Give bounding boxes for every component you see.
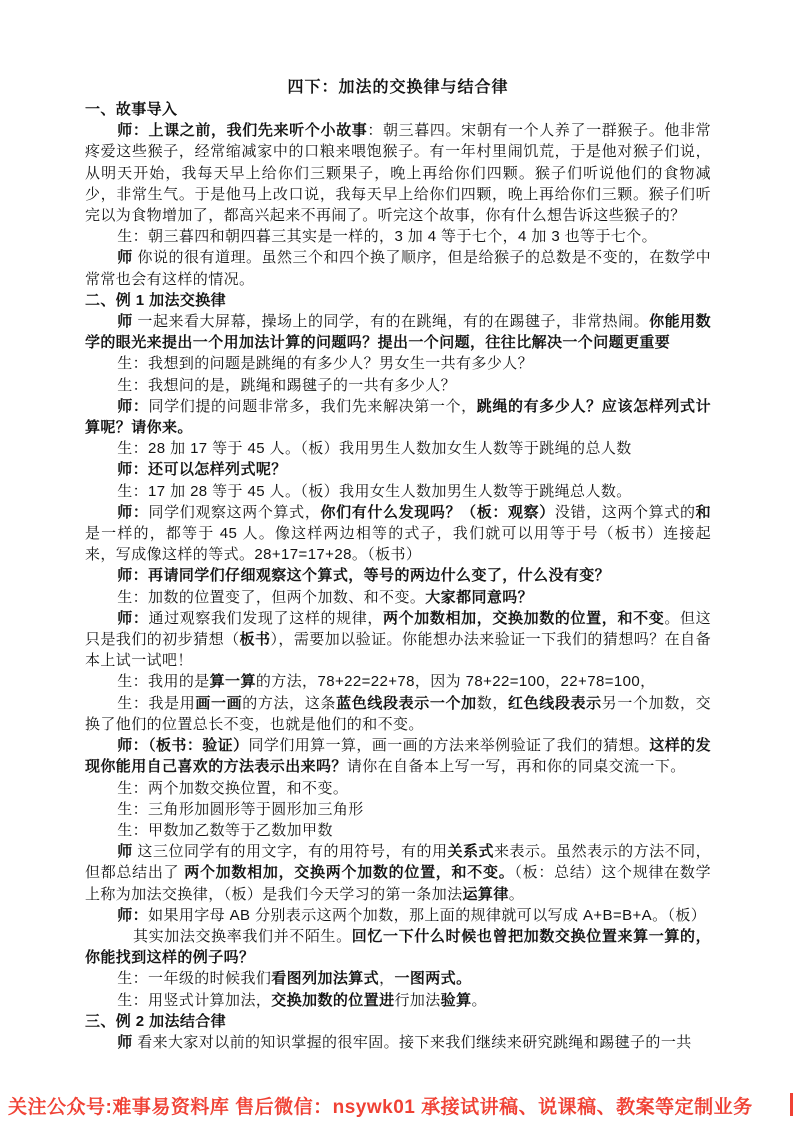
text-run: 生：三角形加圆形等于圆形加三角形 xyxy=(117,801,363,818)
bold-text-run: 师 xyxy=(117,313,133,330)
text-run: 同学们提的问题非常多，我们先来解决第一个， xyxy=(149,398,477,415)
text-run: 生：我用的是 xyxy=(117,673,209,690)
bold-text-run: 师：上课之前，我们先来听个小故事 xyxy=(117,122,367,139)
bold-text-run: 运算律 xyxy=(463,886,509,903)
paragraph: 生：我想到的问题是跳绳的有多少人？男女生一共有多少人？ xyxy=(85,353,711,374)
bold-text-run: 大家都同意吗？ xyxy=(425,589,533,606)
bold-text-run: 关系式 xyxy=(448,843,495,860)
text-run: 是一样的，都等于 45 人。像这样两边相等的式子，我们就可以用等于号（板书）连接… xyxy=(85,525,711,563)
section-heading: 二、例 1 加法交换律 xyxy=(85,290,711,311)
document-page: 四下：加法的交换律与结合律 一、故事导入师：上课之前，我们先来听个小故事：朝三暮… xyxy=(0,0,793,1122)
section-heading: 三、例 2 加法结合律 xyxy=(85,1011,711,1032)
text-run: 行加法 xyxy=(394,992,440,1009)
text-run: 这三位同学有的用文字，有的用符号，有的用 xyxy=(133,843,448,860)
text-run: 生：一年级的时候我们 xyxy=(117,970,271,987)
paragraph: 其实加法交换率我们并不陌生。回忆一下什么时候也曾把加数交换位置来算一算的，你能找… xyxy=(85,926,711,968)
paragraph: 师：同学们提的问题非常多，我们先来解决第一个，跳绳的有多少人？应该怎样列式计算呢… xyxy=(85,396,711,438)
page-title: 四下：加法的交换律与结合律 xyxy=(85,74,711,97)
bold-text-run: 两个加数相加，交换加数的位置，和不变 xyxy=(383,610,664,627)
paragraph: 师：还可以怎样列式呢？ xyxy=(85,459,711,480)
text-run: 一起来看大屏幕，操场上的同学，有的在跳绳，有的在踢毽子，非常热闹。 xyxy=(133,313,649,330)
bold-text-run: 两个加数相加，交换两个加数的位置，和不变。 xyxy=(184,864,514,881)
paragraph: 生：加数的位置变了，但两个加数、和不变。大家都同意吗？ xyxy=(85,587,711,608)
text-run: 没错，这两个算式的 xyxy=(555,504,696,521)
text-run: 生：28 加 17 等于 45 人。（板）我用男生人数加女生人数等于跳绳的总人数 xyxy=(117,440,631,457)
document-body: 一、故事导入师：上课之前，我们先来听个小故事：朝三暮四。宋朝有一个人养了一群猴子… xyxy=(85,99,711,1053)
bold-text-run: 一、故事导入 xyxy=(85,101,177,118)
paragraph: 生：三角形加圆形等于圆形加三角形 xyxy=(85,799,711,820)
paragraph: 生：我用的是算一算的方法，78+22=22+78，因为 78+22=100，22… xyxy=(85,671,711,692)
bold-text-run: 师： xyxy=(117,398,148,415)
text-run: 的方法，这条 xyxy=(242,695,336,712)
text-run: ， xyxy=(379,970,394,987)
bold-text-run: 看图列加法算式 xyxy=(271,970,379,987)
text-run: 请你在自备本上写一写，再和你的同桌交流一下。 xyxy=(347,758,686,775)
text-run: 同学们用算一算，画一画的方法来举例验证了我们的猜想。 xyxy=(249,737,650,754)
paragraph: 生：17 加 28 等于 45 人。（板）我用女生人数加男生人数等于跳绳总人数。 xyxy=(85,481,711,502)
bold-text-run: 画一画 xyxy=(195,695,242,712)
text-run: 生：我是用 xyxy=(117,695,195,712)
paragraph: 生：两个加数交换位置，和不变。 xyxy=(85,778,711,799)
text-run: 同学们观察这两个算式， xyxy=(149,504,321,521)
paragraph: 生：28 加 17 等于 45 人。（板）我用男生人数加女生人数等于跳绳的总人数 xyxy=(85,438,711,459)
bold-text-run: 师： xyxy=(117,907,148,924)
paragraph: 师：（板书：验证）同学们用算一算，画一画的方法来举例验证了我们的猜想。这样的发现… xyxy=(85,735,711,777)
paragraph: 生：用竖式计算加法，交换加数的位置进行加法验算。 xyxy=(85,990,711,1011)
bold-text-run: 师 xyxy=(117,249,133,266)
bold-text-run: 师： xyxy=(117,610,148,627)
bold-text-run: 验算 xyxy=(441,992,472,1009)
paragraph: 师 你说的很有道理。虽然三个和四个换了顺序，但是给猴子的总数是不变的，在数学中常… xyxy=(85,247,711,289)
bold-text-run: 二、例 1 加法交换律 xyxy=(85,292,226,309)
text-run: 数， xyxy=(477,695,508,712)
bold-text-run: 算一算 xyxy=(210,673,256,690)
paragraph: 师：如果用字母 AB 分别表示这两个加数，那上面的规律就可以写成 A+B=B+A… xyxy=(85,905,711,926)
paragraph: 生：我想问的是，跳绳和踢毽子的一共有多少人？ xyxy=(85,375,711,396)
text-run: 生：朝三暮四和朝四暮三其实是一样的，3 加 4 等于七个，4 加 3 也等于七个… xyxy=(117,228,657,245)
text-run: 。 xyxy=(471,992,486,1009)
paragraph: 师：同学们观察这两个算式，你们有什么发现吗？（板：观察）没错，这两个算式的和是一… xyxy=(85,502,711,566)
paragraph: 师：上课之前，我们先来听个小故事：朝三暮四。宋朝有一个人养了一群猴子。他非常疼爱… xyxy=(85,120,711,226)
text-run: 你说的很有道理。虽然三个和四个换了顺序，但是给猴子的总数是不变的，在数学中常常也… xyxy=(85,249,711,287)
bold-text-run: 板书 xyxy=(240,631,271,648)
text-run: 生：我想到的问题是跳绳的有多少人？男女生一共有多少人？ xyxy=(117,355,533,372)
footer-text: 关注公众号:难事易资料库 售后微信：nsywk01 承接试讲稿、说课稿、教案等定… xyxy=(8,1097,753,1118)
text-run: 。 xyxy=(509,886,524,903)
paragraph: 师 看来大家对以前的知识掌握的很牢固。接下来我们继续来研究跳绳和踢毽子的一共 xyxy=(85,1032,711,1053)
paragraph: 生：朝三暮四和朝四暮三其实是一样的，3 加 4 等于七个，4 加 3 也等于七个… xyxy=(85,226,711,247)
paragraph: 生：一年级的时候我们看图列加法算式，一图两式。 xyxy=(85,968,711,989)
bold-text-run: 师：再请同学们仔细观察这个算式，等号的两边什么变了，什么没有变？ xyxy=(117,567,610,584)
bold-text-run: 三、例 2 加法结合律 xyxy=(85,1013,226,1030)
bold-text-run: 一图两式。 xyxy=(394,970,471,987)
bold-text-run: 你们有什么发现吗？（板：观察） xyxy=(320,504,554,521)
text-run: 生：我想问的是，跳绳和踢毽子的一共有多少人？ xyxy=(117,377,456,394)
paragraph: 生：甲数加乙数等于乙数加甲数 xyxy=(85,820,711,841)
bold-text-run: 师 xyxy=(117,1034,132,1051)
paragraph: 师 这三位同学有的用文字，有的用符号，有的用关系式来表示。虽然表示的方法不同，但… xyxy=(85,841,711,905)
text-run: 生：17 加 28 等于 45 人。（板）我用女生人数加男生人数等于跳绳总人数。 xyxy=(117,483,631,500)
bold-text-run: 师 xyxy=(117,843,133,860)
paragraph: 师 一起来看大屏幕，操场上的同学，有的在跳绳，有的在踢毽子，非常热闹。你能用数学… xyxy=(85,311,711,353)
text-run: 如果用字母 AB 分别表示这两个加数，那上面的规律就可以写成 A+B=B+A。（… xyxy=(148,907,706,924)
bold-text-run: 红色线段表示 xyxy=(508,695,602,712)
bold-text-run: 师：（板书：验证） xyxy=(117,737,248,754)
text-run: 的方法，78+22=22+78，因为 78+22=100，22+78=100， xyxy=(256,673,656,690)
text-run: 生：加数的位置变了，但两个加数、和不变。 xyxy=(117,589,425,606)
paragraph: 生：我是用画一画的方法，这条蓝色线段表示一个加数，红色线段表示另一个加数，交换了… xyxy=(85,693,711,735)
bold-text-run: 师：还可以怎样列式呢？ xyxy=(117,461,286,478)
footer-banner: 关注公众号:难事易资料库 售后微信：nsywk01 承接试讲稿、说课稿、教案等定… xyxy=(8,1092,786,1119)
text-run: 其实加法交换率我们并不陌生。 xyxy=(133,928,352,945)
paragraph: 师：通过观察我们发现了这样的规律，两个加数相加，交换加数的位置，和不变。但这只是… xyxy=(85,608,711,672)
bold-text-run: 师： xyxy=(117,504,148,521)
text-run: 生：甲数加乙数等于乙数加甲数 xyxy=(117,822,333,839)
paragraph: 师：再请同学们仔细观察这个算式，等号的两边什么变了，什么没有变？ xyxy=(85,565,711,586)
text-run: 通过观察我们发现了这样的规律， xyxy=(149,610,383,627)
text-run: 看来大家对以前的知识掌握的很牢固。接下来我们继续来研究跳绳和踢毽子的一共 xyxy=(133,1034,692,1051)
bold-text-run: 蓝色线段表示一个加 xyxy=(336,695,477,712)
text-run: 生：两个加数交换位置，和不变。 xyxy=(117,780,348,797)
section-heading: 一、故事导入 xyxy=(85,99,711,120)
text-run: 生：用竖式计算加法， xyxy=(117,992,271,1009)
bold-text-run: 和 xyxy=(696,504,711,521)
bold-text-run: 交换加数的位置进 xyxy=(271,992,394,1009)
